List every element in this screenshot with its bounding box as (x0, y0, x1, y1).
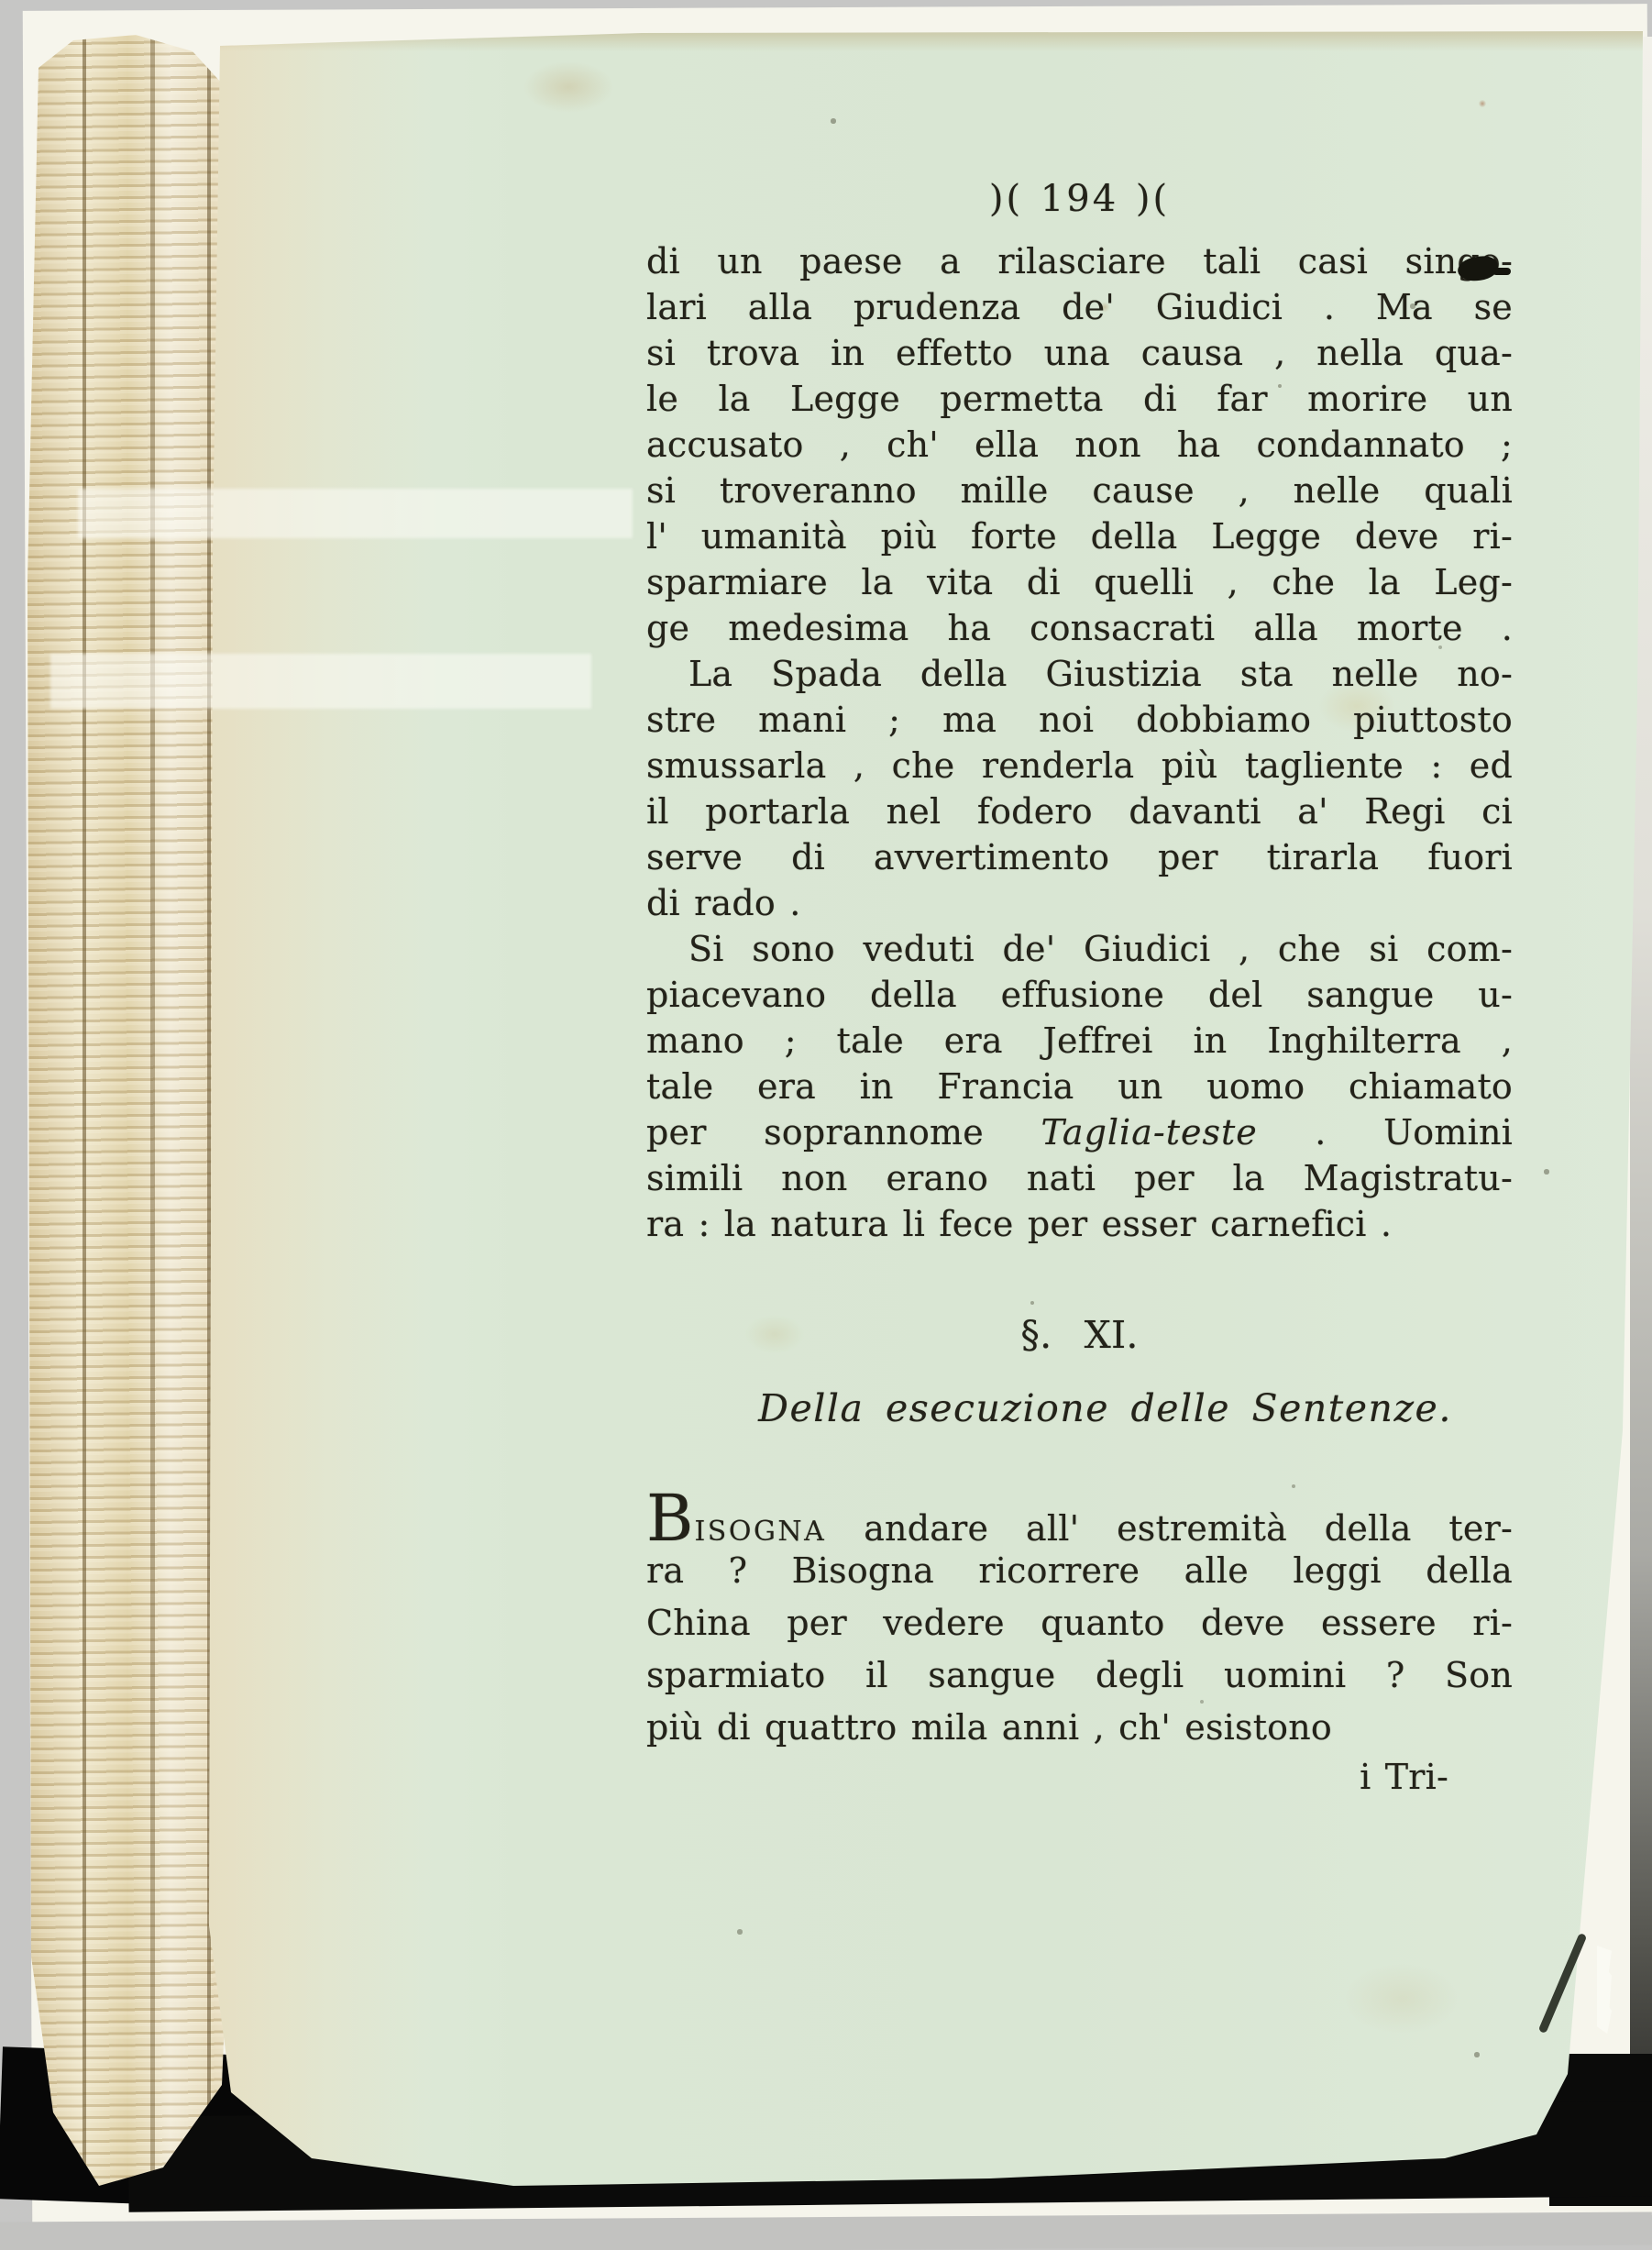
text-line: si trova in effetto una causa , nella qu… (646, 330, 1513, 376)
text-line: smussarla , che renderla più tagliente :… (646, 743, 1513, 789)
scan-white-notch (1597, 1946, 1612, 2034)
text-line: sparmiare la vita di quelli , che la Leg… (646, 559, 1513, 605)
paragraph: Si sono veduti de' Giudici , che si com-… (646, 926, 1513, 1247)
scan-background: { "page": { "header_page_number": ")( 19… (0, 0, 1652, 2250)
page-number-header: )( 194 )( (646, 176, 1513, 222)
book-binding-edge (26, 31, 238, 2195)
text-line: si troveranno mille cause , nelle quali (646, 468, 1513, 513)
text-line: le la Legge permetta di far morire un (646, 376, 1513, 422)
text-line: sparmiato il sangue degli uomini ? Son (646, 1649, 1513, 1702)
subheading: Della esecuzione delle Sentenze. (646, 1384, 1513, 1432)
text-line: lari alla prudenza de' Giudici . Ma se (646, 284, 1513, 330)
text-line: accusato , ch' ella non ha condannato ; (646, 422, 1513, 468)
text-line: tale era in Francia un uomo chiamato (646, 1064, 1513, 1109)
text-line: stre mani ; ma noi dobbiamo piuttosto (646, 697, 1513, 743)
scan-light-band (78, 489, 633, 538)
text-line: l' umanità più forte della Legge deve ri… (646, 513, 1513, 559)
ink-blot-tail (1492, 268, 1511, 275)
text-line: Bisogna andare all' estremità della ter- (646, 1493, 1513, 1545)
paragraph: La Spada della Giustizia sta nelle no-st… (646, 651, 1513, 926)
text-line: La Spada della Giustizia sta nelle no- (646, 651, 1513, 697)
text-line: il portarla nel fodero davanti a' Regi c… (646, 789, 1513, 834)
scan-light-band (50, 654, 591, 709)
text-line: ra ? Bisogna ricorrere alle leggi della (646, 1545, 1513, 1597)
text-line: di rado . (646, 880, 1513, 926)
heading: §. XI. (646, 1311, 1513, 1359)
text-line: più di quattro mila anni , ch' esistono (646, 1702, 1513, 1754)
text-line: per soprannome Taglia-teste . Uomini (646, 1109, 1513, 1155)
text-line: ra : la natura li fece per esser carnefi… (646, 1201, 1513, 1247)
text-line: di un paese a rilasciare tali casi singo… (646, 238, 1513, 284)
text-line: piacevano della effusione del sangue u- (646, 972, 1513, 1018)
paragraph: di un paese a rilasciare tali casi singo… (646, 238, 1513, 651)
text-line: simili non erano nati per la Magistratu- (646, 1155, 1513, 1201)
body-text: di un paese a rilasciare tali casi singo… (646, 238, 1513, 1800)
catchword: i Tri- (646, 1754, 1513, 1800)
text-line: ge medesima ha consacrati alla morte . (646, 605, 1513, 651)
dust-speckles (0, 0, 2, 2)
text-line: China per vedere quanto deve essere ri- (646, 1597, 1513, 1649)
paragraph: Bisogna andare all' estremità della ter-… (646, 1493, 1513, 1754)
text-line: mano ; tale era Jeffrei in Inghilterra , (646, 1018, 1513, 1064)
text-line: Si sono veduti de' Giudici , che si com- (646, 926, 1513, 972)
text-block: )( 194 )( di un paese a rilasciare tali … (646, 176, 1513, 1800)
text-line: serve di avvertimento per tirarla fuori (646, 834, 1513, 880)
